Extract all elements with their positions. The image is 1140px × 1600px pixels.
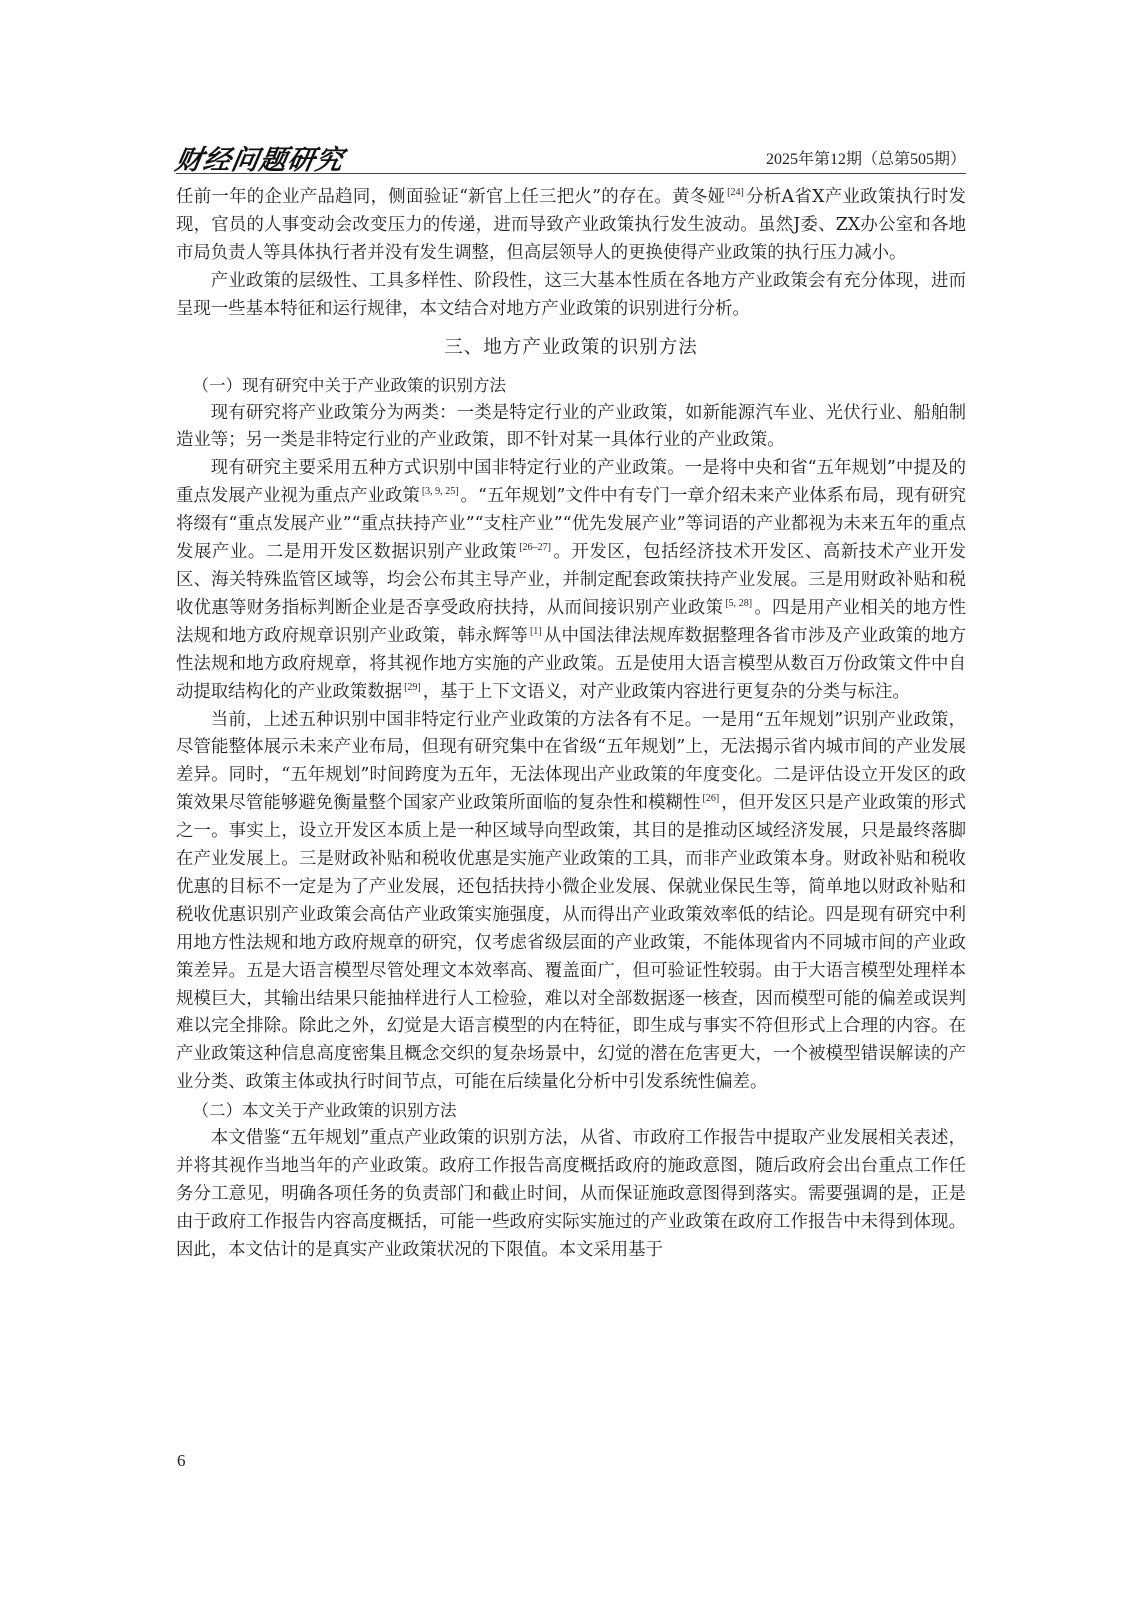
citation[interactable]: [26–27] — [517, 542, 553, 553]
journal-page: 财经问题研究 2025年第12期（总第505期） 任前一年的企业产品趋同，侧面验… — [0, 0, 1140, 1600]
text: ，但开发区只是产业政策的形式之一。事实上，设立开发区本质上是一种区域导向型政策，… — [176, 793, 966, 1092]
subsection-heading: （二）本文关于产业政策的识别方法 — [176, 1097, 966, 1125]
citation[interactable]: [3, 9, 25] — [420, 486, 461, 497]
paragraph: 本文借鉴“五年规划”重点产业政策的识别方法，从省、市政府工作报告中提取产业发展相… — [176, 1125, 966, 1265]
text: ，基于上下文语义，对产业政策内容进行更复杂的分类与标注。 — [423, 682, 910, 702]
text: 任前一年的企业产品趋同，侧面验证“新官上任三把火”的存在。黄冬娅 — [176, 187, 725, 207]
journal-logo: 财经问题研究 — [173, 138, 348, 177]
page-number: 6 — [177, 1451, 186, 1471]
paragraph: 当前，上述五种识别中国非特定行业产业政策的方法各有不足。一是用“五年规划”识别产… — [176, 707, 966, 1098]
citation[interactable]: [1] — [528, 626, 544, 637]
article-body: 任前一年的企业产品趋同，侧面验证“新官上任三把火”的存在。黄冬娅[24]分析A省… — [176, 184, 966, 1265]
running-header: 财经问题研究 2025年第12期（总第505期） — [176, 136, 966, 174]
paragraph: 现有研究主要采用五种方式识别中国非特定行业的产业政策。一是将中央和省“五年规划”… — [176, 455, 966, 706]
paragraph: 产业政策的层级性、工具多样性、阶段性，这三大基本性质在各地方产业政策会有充分体现… — [176, 268, 966, 324]
section-heading: 三、地方产业政策的识别方法 — [176, 334, 966, 362]
paragraph: 任前一年的企业产品趋同，侧面验证“新官上任三把火”的存在。黄冬娅[24]分析A省… — [176, 184, 966, 268]
citation[interactable]: [29] — [402, 682, 423, 693]
citation[interactable]: [5, 28] — [723, 598, 754, 609]
issue-info: 2025年第12期（总第505期） — [766, 146, 966, 169]
citation[interactable]: [24] — [725, 187, 746, 198]
citation[interactable]: [26] — [701, 793, 722, 804]
paragraph: 现有研究将产业政策分为两类：一类是特定行业的产业政策，如新能源汽车业、光伏行业、… — [176, 400, 966, 456]
header-divider — [176, 173, 966, 174]
subsection-heading: （一）现有研究中关于产业政策的识别方法 — [176, 372, 966, 400]
